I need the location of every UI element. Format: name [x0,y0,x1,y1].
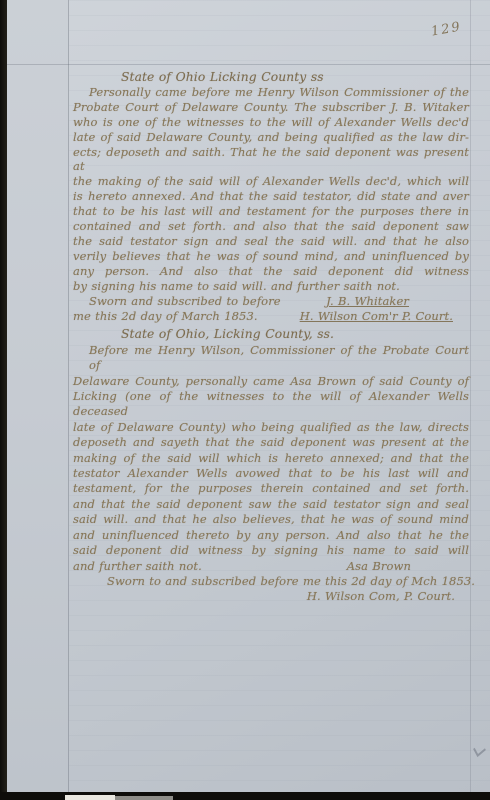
manuscript-text-block: State of Ohio Licking County ss Personal… [73,70,469,605]
manuscript-line: the said testator sign and seal the said… [73,234,469,249]
manuscript-line: making of the said will which is hereto … [73,451,469,466]
closing-row: and further saith not. Asa Brown [73,559,469,574]
photographed-ledger-page: 129 State of Ohio Licking County ss Pers… [0,0,490,800]
manuscript-line: who is one of the witnesses to the will … [73,115,469,130]
commissioner-signature: H. Wilson Com, P. Court. [73,589,469,604]
manuscript-line: testament, for the purposes therein cont… [73,481,469,496]
manuscript-line: and that the said deponent saw the said … [73,497,469,512]
manuscript-paper: 129 State of Ohio Licking County ss Pers… [7,0,490,793]
attestation-text: me this 2d day of March 1853. [73,309,258,324]
page-right-crease [470,0,471,793]
photo-left-edge [0,0,7,800]
page-top-edge-crease [7,64,490,65]
affidavit-whitaker-heading: State of Ohio Licking County ss [73,70,469,85]
manuscript-line: is hereto annexed. And that the said tes… [73,189,469,204]
attestation-row: Sworn and subscribed to before J. B. Whi… [73,294,469,309]
attestation-text: Sworn and subscribed to before [73,294,281,309]
manuscript-line: ects; deposeth and saith. That he the sa… [73,145,469,175]
manuscript-line: that to be his last will and testament f… [73,204,469,219]
left-page-margin [7,0,69,793]
manuscript-line: Probate Court of Delaware County. The su… [73,100,469,115]
manuscript-line: deposeth and sayeth that the said depone… [73,435,469,450]
manuscript-line: and uninfluenced thereto by any person. … [73,528,469,543]
manuscript-line: Before me Henry Wilson, Commissioner of … [73,343,469,374]
manuscript-line: by signing his name to said will. and fu… [73,279,469,294]
manuscript-line: contained and set forth. and also that t… [73,219,469,234]
manuscript-line: said deponent did witness by signing his… [73,543,469,558]
bottom-paper-sliver [65,795,115,800]
manuscript-line: Delaware County, personally came Asa Bro… [73,374,469,389]
manuscript-line: testator Alexander Wells avowed that to … [73,466,469,481]
bottom-paper-sliver-shadow [115,796,173,800]
manuscript-line: said will. and that he also believes, th… [73,512,469,527]
manuscript-line: any person. And also that the said depon… [73,264,469,279]
manuscript-line: the making of the said will of Alexander… [73,174,469,189]
witness-signature-whitaker: J. B. Whitaker [326,294,409,309]
affidavit-brown-section: State of Ohio, Licking County, ss. Befor… [73,327,469,604]
affidavit-brown-heading: State of Ohio, Licking County, ss. [73,327,469,342]
manuscript-line: late of said Delaware County, and being … [73,130,469,145]
manuscript-line: late of Delaware County) who being quali… [73,420,469,435]
attestation-row: me this 2d day of March 1853. H. Wilson … [73,309,469,324]
attestation-text: Sworn to and subscribed before me this 2… [73,574,469,589]
commissioner-signature: H. Wilson Com'r P. Court. [300,309,453,324]
witness-signature-brown: Asa Brown [347,559,411,574]
closing-text: and further saith not. [73,559,202,574]
manuscript-line: Licking (one of the witnesses to the wil… [73,389,469,420]
manuscript-line: Personally came before me Henry Wilson C… [73,85,469,100]
manuscript-line: verily believes that he was of sound min… [73,249,469,264]
